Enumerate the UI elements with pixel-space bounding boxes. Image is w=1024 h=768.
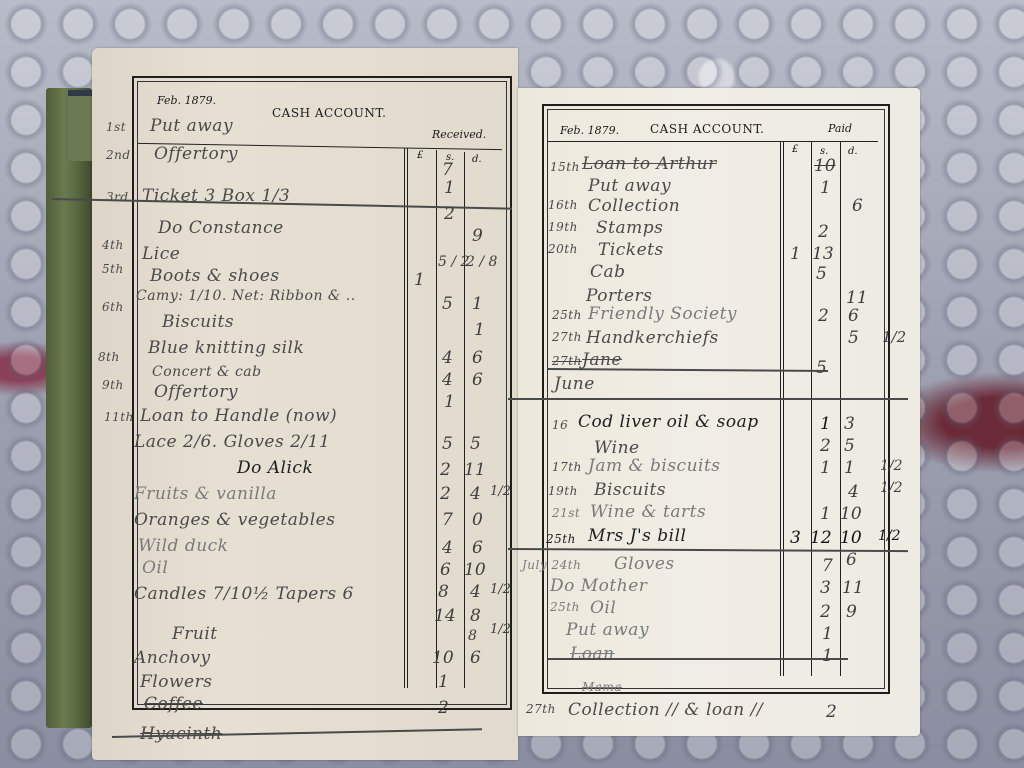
entry-shillings: 5 xyxy=(442,434,453,454)
entry-pence: 6 xyxy=(472,370,483,390)
entry-item: June xyxy=(554,374,595,394)
entry-shillings: 10 xyxy=(814,156,836,176)
entry-pence: 6 xyxy=(852,196,863,216)
entry-item: Fruits & vanilla xyxy=(134,484,277,504)
entry-fraction: 1/2 xyxy=(490,622,511,637)
entry-item: Stamps xyxy=(596,218,663,238)
entry-item: Loan to Handle (now) xyxy=(140,406,337,426)
entry-item: Fruit xyxy=(172,624,218,644)
right-header-title: CASH ACCOUNT. xyxy=(650,122,764,136)
entry-shillings: 5 xyxy=(442,294,453,314)
entry-item: Put away xyxy=(588,176,671,196)
entry-item: Wine & tarts xyxy=(590,502,706,522)
entry-item: Collection xyxy=(588,196,680,216)
entry-shillings: 1 xyxy=(820,414,831,434)
entry-item-struck: Loan to Arthur xyxy=(582,154,717,174)
entry-item: Lace 2/6. Gloves 2/11 xyxy=(134,432,330,452)
entry-pence: 2 / 8 xyxy=(466,254,497,270)
entry-item: Candles 7/10½ Tapers 6 xyxy=(134,584,354,604)
right-col-pence: d. xyxy=(848,146,858,157)
entry-day: 4th xyxy=(102,238,124,252)
entry-day: 3rd xyxy=(106,190,129,204)
entry-item: Friendly Society xyxy=(588,304,737,324)
entry-shillings: 12 xyxy=(810,528,832,548)
entry-fraction: 1/2 xyxy=(490,582,511,597)
entry-shillings: 1 xyxy=(444,178,455,198)
entry-fraction: 1/2 xyxy=(882,328,906,346)
entry-item: Handkerchiefs xyxy=(586,328,719,348)
book-cover-tab xyxy=(68,90,92,161)
entry-item: Gloves xyxy=(614,554,675,574)
entry-pounds: 1 xyxy=(414,270,425,290)
entry-day: 8th xyxy=(98,350,120,364)
entry-pence: 10 xyxy=(840,504,862,524)
entry-fraction: 1/2 xyxy=(880,458,903,474)
left-col-pounds: £ xyxy=(417,150,423,161)
entry-shillings: 7 xyxy=(442,510,453,530)
entry-pence: 11 xyxy=(464,460,486,480)
entry-shillings: 1 xyxy=(822,624,833,644)
left-page: Feb. 1879. CASH ACCOUNT. Received. £ s. … xyxy=(92,48,518,760)
entry-day: 25th xyxy=(552,308,582,322)
entry-fraction: 1/2 xyxy=(880,480,903,496)
entry-fraction: 1/2 xyxy=(878,528,901,544)
entry-item: Biscuits xyxy=(162,312,234,332)
entry-shillings: 10 xyxy=(432,648,454,668)
entry-shillings: 2 xyxy=(820,602,831,622)
left-header-title: CASH ACCOUNT. xyxy=(272,106,386,120)
entry-item: Blue knitting silk xyxy=(148,338,304,358)
entry-shillings: 2 xyxy=(826,702,837,722)
entry-pence: 10 xyxy=(464,560,486,580)
entry-pence: 1 xyxy=(474,320,485,340)
entry-day: 16th xyxy=(548,198,578,212)
entry-pence: 9 xyxy=(472,226,483,246)
entry-item-struck: Coffee xyxy=(144,694,203,714)
entry-item: Oranges & vegetables xyxy=(134,510,335,530)
entry-item-struck: Jane xyxy=(582,350,622,370)
entry-shillings: 1 xyxy=(444,392,455,412)
entry-shillings: 4 xyxy=(442,370,453,390)
entry-item-struck: Mama xyxy=(582,680,622,694)
entry-item: Wild duck xyxy=(138,536,229,556)
right-page: Feb. 1879. CASH ACCOUNT. Paid £ s. d. 15… xyxy=(518,88,920,736)
entry-item: Oil xyxy=(590,598,616,618)
entry-day: 2nd xyxy=(106,148,131,162)
entry-day: 17th xyxy=(552,460,582,474)
entry-item: Tickets xyxy=(598,240,664,260)
entry-pence: 9 xyxy=(846,602,857,622)
entry-day: 19th xyxy=(548,484,578,498)
entry-pence: 6 xyxy=(470,648,481,668)
entry-shillings: 1 xyxy=(820,458,831,478)
entry-item: Mrs J's bill xyxy=(588,526,686,546)
entry-pence: 5 xyxy=(470,434,481,454)
entry-pence: 0 xyxy=(472,510,483,530)
entry-shillings: 14 xyxy=(434,606,456,626)
entry-item: Flowers xyxy=(140,672,212,692)
entry-shillings: 5 / 2 xyxy=(438,254,469,270)
entry-item: Offertory xyxy=(154,144,238,164)
entry-pence: 6 xyxy=(472,538,483,558)
entry-day: 21st xyxy=(552,506,580,520)
entry-item: Collection // & loan // xyxy=(568,700,763,720)
entry-pounds: 1 xyxy=(790,244,801,264)
entry-day: 27th xyxy=(552,354,582,368)
right-header-paid: Paid xyxy=(828,122,852,135)
entry-pence: 1 xyxy=(472,294,483,314)
entry-day: 1st xyxy=(106,120,126,134)
entry-item: Porters xyxy=(586,286,652,306)
book-cover-green xyxy=(46,88,92,728)
entry-item: Camy: 1/10. Net: Ribbon & .. xyxy=(136,288,356,304)
entry-shillings: 1 xyxy=(438,672,449,692)
entry-day: 15th xyxy=(550,160,580,174)
entry-item: Concert & cab xyxy=(152,364,262,380)
entry-item: Do Alick xyxy=(237,458,313,478)
entry-shillings: 2 xyxy=(820,436,831,456)
entry-pounds: 3 xyxy=(790,528,801,548)
entry-item: Do Mother xyxy=(550,576,647,596)
entry-item: Cab xyxy=(590,262,626,282)
right-col-pounds: £ xyxy=(792,144,798,155)
entry-day: 27th xyxy=(526,702,556,716)
entry-shillings: 5 xyxy=(816,264,827,284)
left-col-pence: d. xyxy=(472,154,482,165)
entry-shillings: 2 xyxy=(818,222,829,242)
entry-shillings: 2 xyxy=(818,306,829,326)
entry-item: Biscuits xyxy=(594,480,666,500)
entry-pence: 11 xyxy=(842,578,864,598)
entry-item: Do Constance xyxy=(158,218,284,238)
entry-item: Boots & shoes xyxy=(150,266,280,286)
entry-pence: 1 xyxy=(844,458,855,478)
entry-pence: 10 xyxy=(840,528,862,548)
entry-item: Jam & biscuits xyxy=(588,456,721,476)
left-header-received: Received. xyxy=(432,128,486,141)
entry-item: Lice xyxy=(142,244,180,264)
entry-shillings: 1 xyxy=(822,646,833,666)
entry-shillings: 4 xyxy=(442,538,453,558)
entry-item: Put away xyxy=(566,620,649,640)
entry-shillings: 4 xyxy=(442,348,453,368)
entry-pence: 6 xyxy=(472,348,483,368)
entry-day: 20th xyxy=(548,242,578,256)
entry-item: Ticket 3 Box 1/3 xyxy=(142,186,290,206)
entry-item: Anchovy xyxy=(134,648,211,668)
right-header-date: Feb. 1879. xyxy=(560,124,619,137)
entry-shillings: 2 xyxy=(440,460,451,480)
entry-shillings: 2 xyxy=(438,698,449,718)
entry-day: 9th xyxy=(102,378,124,392)
entry-day: 25th xyxy=(546,532,576,546)
entry-shillings: 2 xyxy=(440,484,451,504)
entry-shillings: 1 xyxy=(820,504,831,524)
entry-pence: 4 xyxy=(470,582,481,602)
entry-shillings: 8 xyxy=(438,582,449,602)
entry-shillings: 3 xyxy=(820,578,831,598)
entry-pence: 4 xyxy=(470,484,481,504)
entry-pence: 4 xyxy=(848,482,859,502)
entry-day: 6th xyxy=(102,300,124,314)
entry-item: Put away xyxy=(150,116,233,136)
entry-day: 11th xyxy=(104,410,134,424)
entry-fraction: 1/2 xyxy=(490,484,511,499)
entry-pence: 11 xyxy=(846,288,868,308)
entry-pence: 8 xyxy=(468,628,477,644)
entry-day: July 24th xyxy=(522,558,581,572)
entry-shillings: 6 xyxy=(440,560,451,580)
entry-item: Offertory xyxy=(154,382,238,402)
entry-day: 16 xyxy=(552,418,568,432)
entry-pence: 8 xyxy=(470,606,481,626)
entry-shillings: 7 xyxy=(822,556,833,576)
entry-item: Cod liver oil & soap xyxy=(578,412,759,432)
entry-shillings: 2 xyxy=(444,204,455,224)
entry-shillings: 5 xyxy=(816,358,827,378)
entry-day: 19th xyxy=(548,220,578,234)
entry-pence: 5 xyxy=(848,328,859,348)
entry-day: 25th xyxy=(550,600,580,614)
entry-pence: 6 xyxy=(848,306,859,326)
entry-shillings: 1 xyxy=(820,178,831,198)
left-header-date: Feb. 1879. xyxy=(157,94,216,107)
entry-item-struck: Loan xyxy=(570,644,615,664)
entry-pence: 6 xyxy=(846,550,857,570)
entry-pence: 3 xyxy=(844,414,855,434)
entry-item: Wine xyxy=(594,438,640,458)
entry-shillings: 13 xyxy=(812,244,834,264)
entry-day: 5th xyxy=(102,262,124,276)
entry-item: Oil xyxy=(142,558,168,578)
entry-shillings: 7 xyxy=(442,160,453,180)
entry-pence: 5 xyxy=(844,436,855,456)
entry-day: 27th xyxy=(552,330,582,344)
